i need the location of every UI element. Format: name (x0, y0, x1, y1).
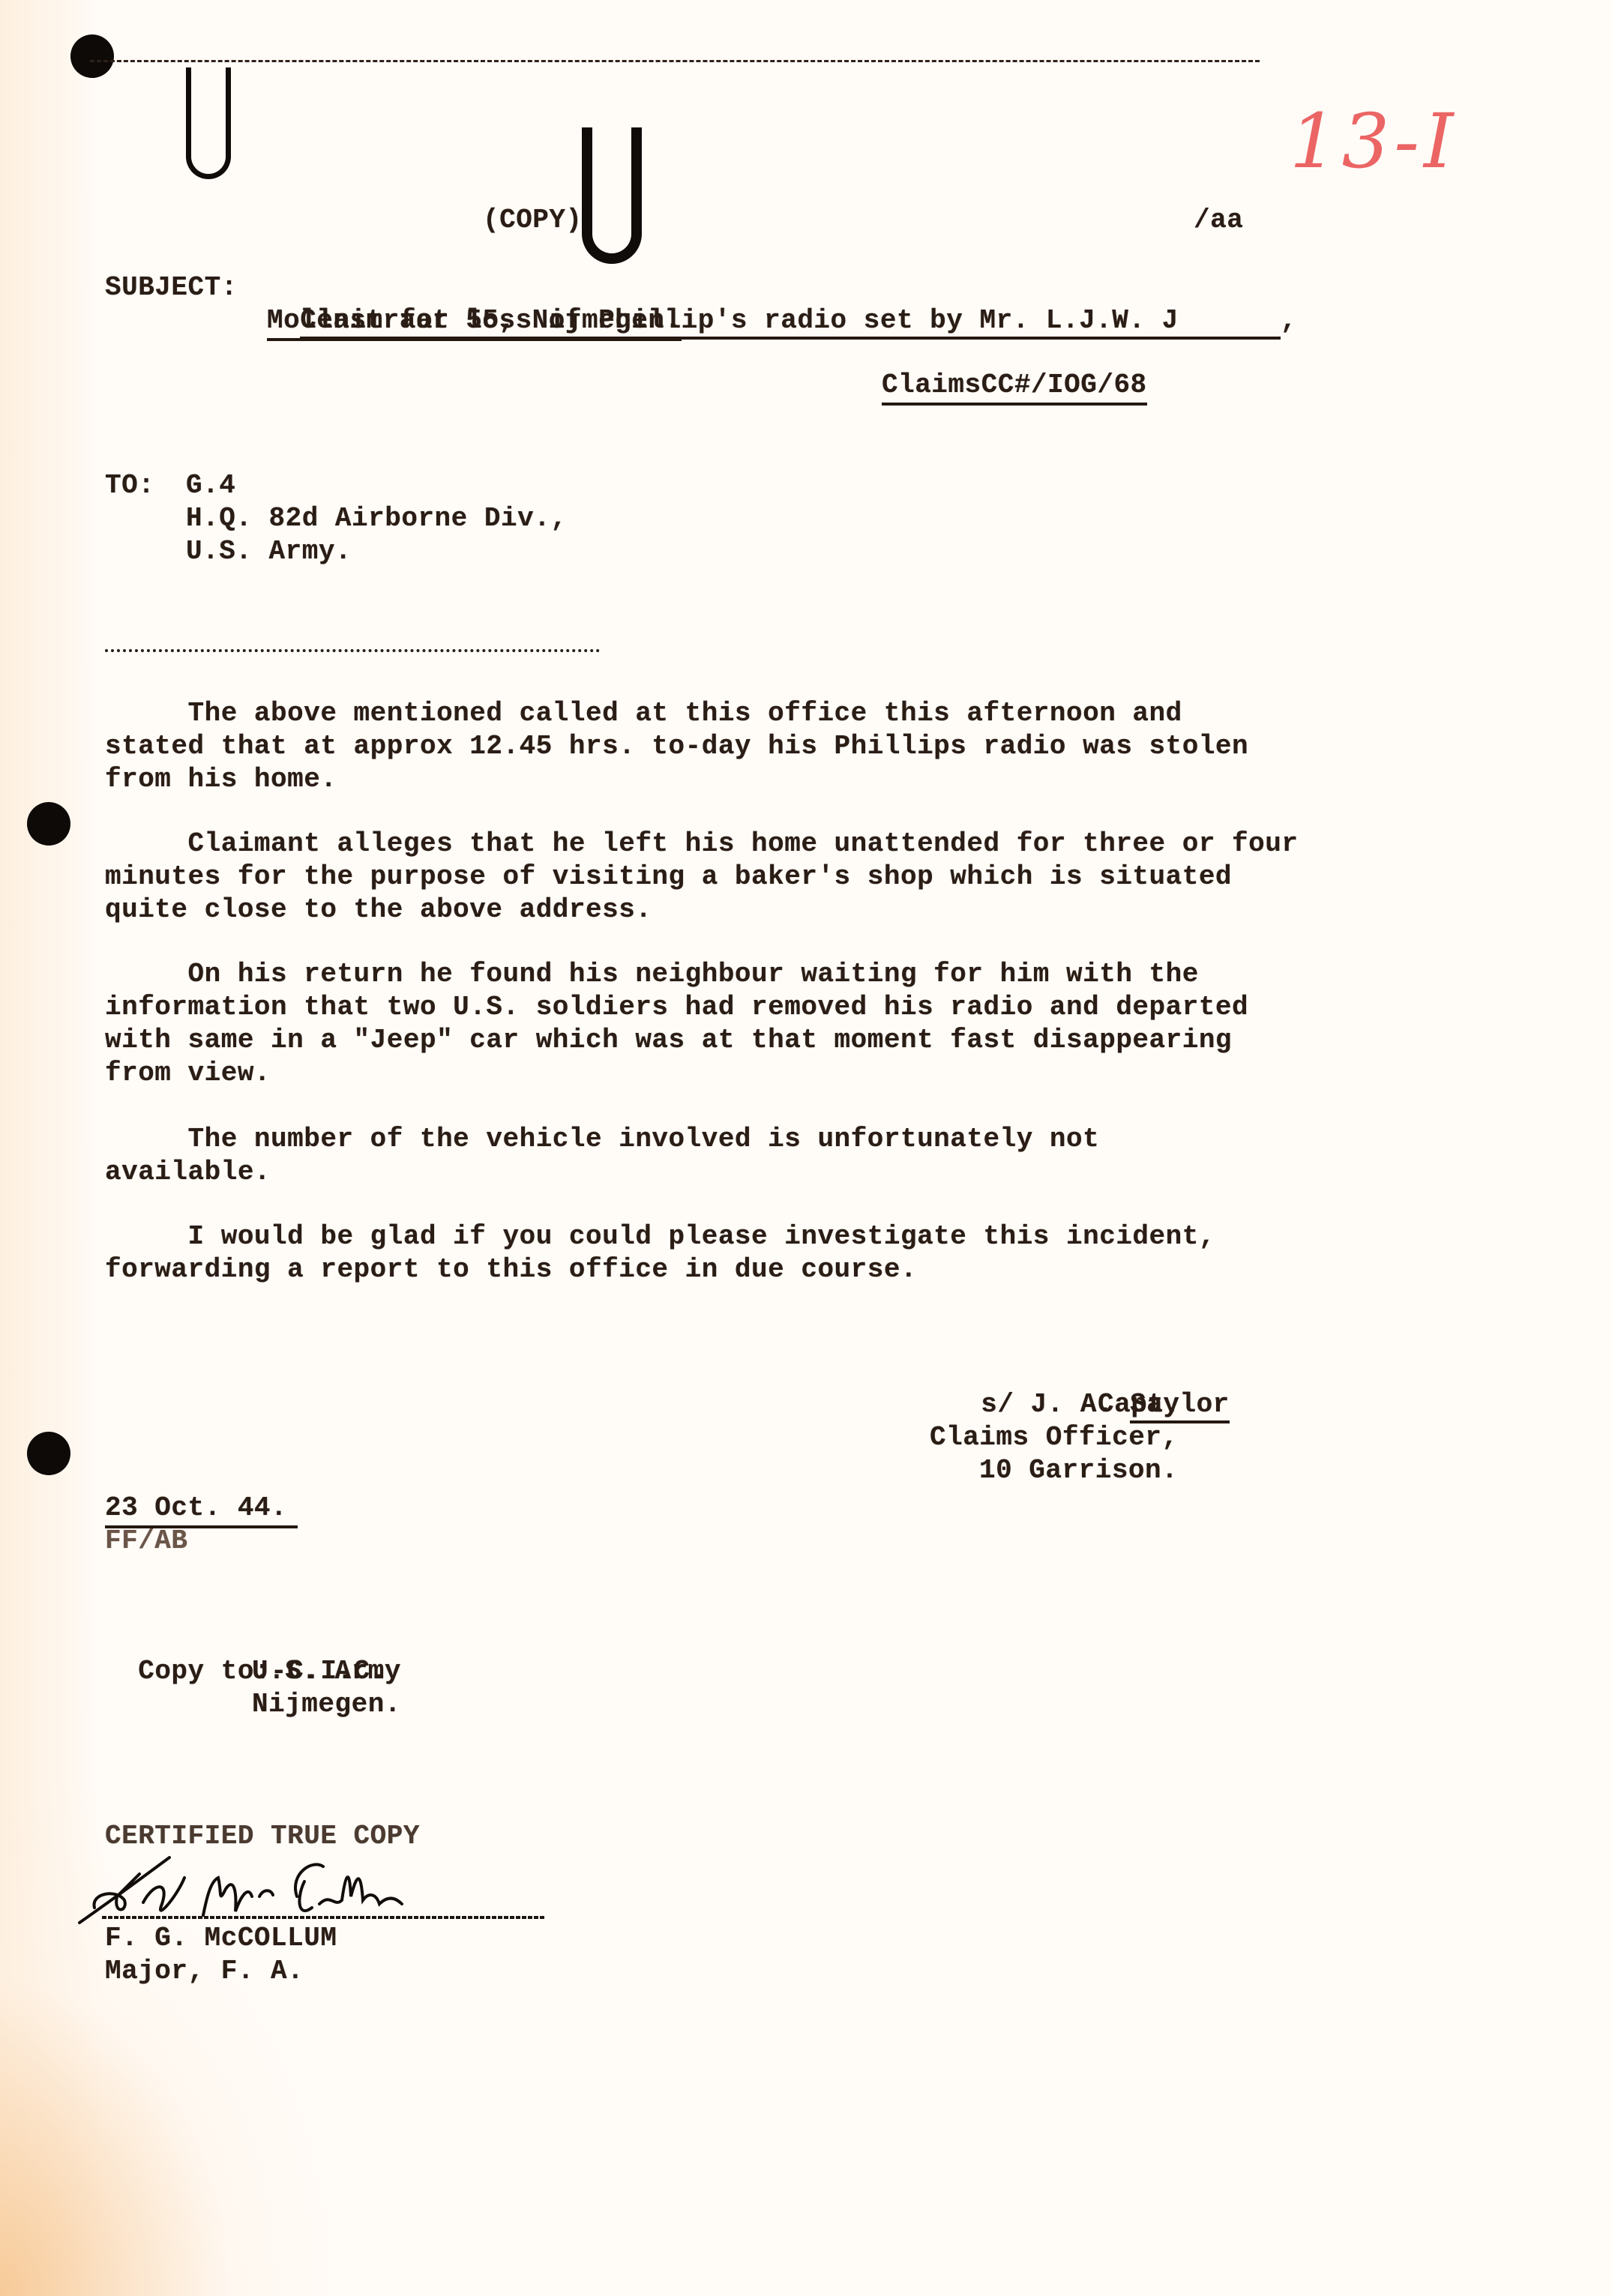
to-label: TO: (105, 469, 154, 502)
body-line: from view. (105, 1057, 1380, 1090)
body-paragraph-4: The number of the vehicle involved is un… (105, 1123, 1380, 1189)
handwritten-file-note: 13-I (1290, 97, 1458, 185)
body-paragraph-1: The above mentioned called at this offic… (105, 697, 1380, 796)
top-rule (90, 60, 1260, 62)
subject-comma: , (1281, 305, 1297, 336)
body-line: minutes for the purpose of visiting a ba… (105, 861, 1380, 894)
certifier-name: F. G. McCOLLUM (105, 1922, 337, 1955)
punch-hole-middle (27, 802, 70, 846)
body-line: information that two U.S. soldiers had r… (105, 991, 1380, 1024)
body-line: I would be glad if you could please inve… (105, 1220, 1380, 1253)
body-paragraph-5: I would be glad if you could please inve… (105, 1220, 1380, 1286)
body-paragraph-2: Claimant alleges that he left his home u… (105, 828, 1380, 926)
staple-mark-right (582, 127, 642, 264)
subject-line-2: Molenstraat 55, Nijmegen. (267, 304, 682, 341)
staple-mark-left (186, 67, 231, 179)
signer-title: Claims Officer, (930, 1421, 1179, 1454)
copy-to-line-2: U.S. Army (252, 1655, 401, 1688)
copy-to-line-3: Nijmegen. (252, 1688, 401, 1721)
to-line-3: U.S. Army. (186, 535, 352, 568)
body-line: with same in a "Jeep" car which was at t… (105, 1024, 1380, 1057)
body-paragraph-3: On his return he found his neighbour wai… (105, 958, 1380, 1090)
body-line: forwarding a report to this office in du… (105, 1253, 1380, 1286)
copy-mark: (COPY) (483, 204, 583, 237)
certification-label: CERTIFIED TRUE COPY (105, 1820, 420, 1853)
body-line: quite close to the above address. (105, 894, 1380, 926)
body-line: from his home. (105, 763, 1380, 796)
punch-hole-bottom (27, 1432, 70, 1475)
signer-rank: Capt. (1098, 1388, 1181, 1421)
to-line-1: G.4 (186, 469, 235, 502)
reference-initials: /aa (1194, 204, 1243, 237)
body-line: On his return he found his neighbour wai… (105, 958, 1380, 991)
body-line: stated that at approx 12.45 hrs. to-day … (105, 730, 1380, 763)
file-reference: ClaimsCC#/IOG/68 (882, 369, 1147, 406)
document-date: 23 Oct. 44. (105, 1492, 298, 1528)
body-line: available. (105, 1156, 1380, 1189)
separator-line (105, 649, 600, 652)
body-line: The above mentioned called at this offic… (105, 697, 1380, 730)
signature-line: s/ J. A. Saylor (948, 1355, 1230, 1421)
subject-label: SUBJECT: (105, 271, 238, 304)
to-line-2: H.Q. 82d Airborne Div., (186, 502, 567, 535)
body-line: Claimant alleges that he left his home u… (105, 828, 1380, 861)
signer-unit: 10 Garrison. (979, 1454, 1178, 1487)
body-line: The number of the vehicle involved is un… (105, 1123, 1380, 1156)
punch-hole-top (70, 34, 114, 78)
certifier-rank: Major, F. A. (105, 1955, 304, 1988)
typist-reference: FF/AB (105, 1525, 188, 1558)
